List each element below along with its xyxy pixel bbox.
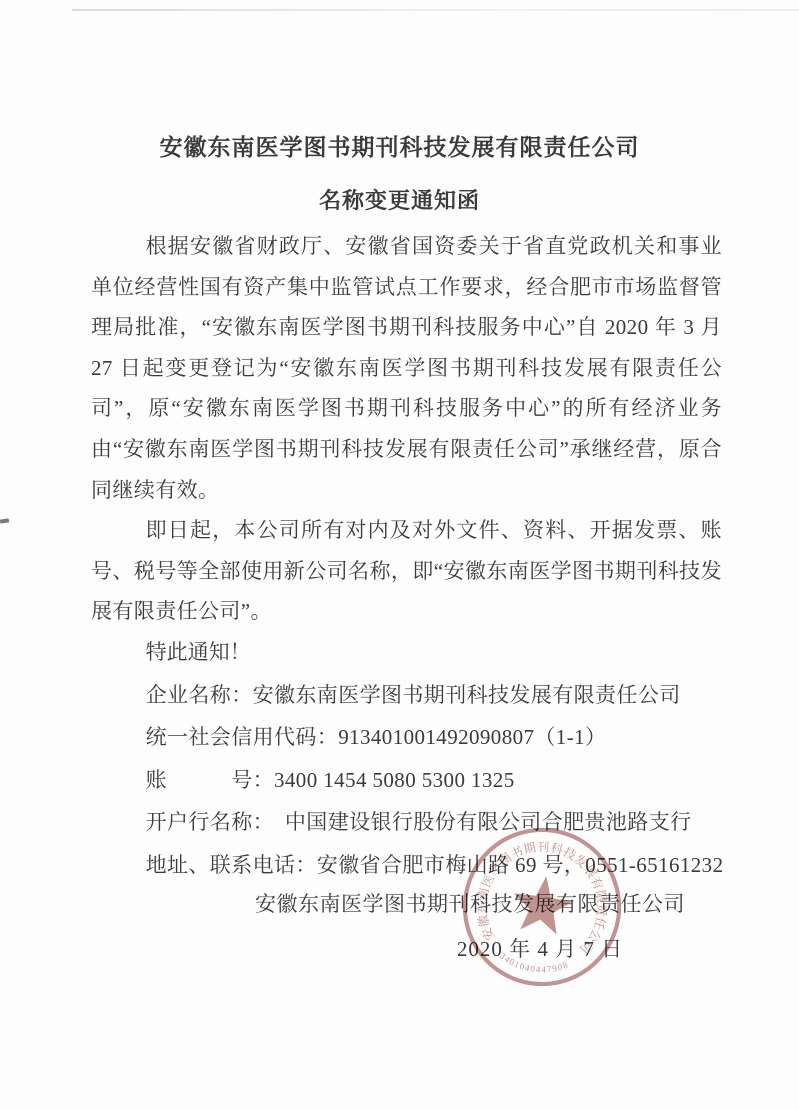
company-seal-stamp: 安徽东南医学图书期刊科技发展有限责任公司 3401040447908 [449, 814, 634, 999]
scan-artifact-mark [0, 518, 9, 523]
body-paragraph: 根据安徽省财政厅、安徽省国资委关于省直党政机关和事业单位经营性国有资产集中监管试… [91, 226, 722, 510]
page-title: 安徽东南医学图书期刊科技发展有限责任公司 [0, 129, 799, 162]
letter-body: 根据安徽省财政厅、安徽省国资委关于省直党政机关和事业单位经营性国有资产集中监管试… [91, 226, 722, 887]
letter-subtitle: 名称变更通知函 [0, 184, 799, 215]
body-paragraph: 即日起，本公司所有对内及对外文件、资料、开据发票、账号、税号等全部使用新公司名称… [91, 510, 722, 632]
detail-account-number: 账 号：3400 1454 5080 5300 1325 [91, 759, 722, 802]
notice-line: 特此通知！ [91, 632, 722, 673]
scan-artifact-line [72, 9, 799, 11]
detail-credit-code: 统一社会信用代码：913401001492090807（1-1） [91, 716, 722, 759]
scanned-letter-page: 安徽东南医学图书期刊科技发展有限责任公司 名称变更通知函 根据安徽省财政厅、安徽… [0, 0, 799, 1109]
seal-star-icon [509, 872, 575, 936]
detail-company-name: 企业名称：安徽东南医学图书期刊科技发展有限责任公司 [91, 674, 722, 717]
